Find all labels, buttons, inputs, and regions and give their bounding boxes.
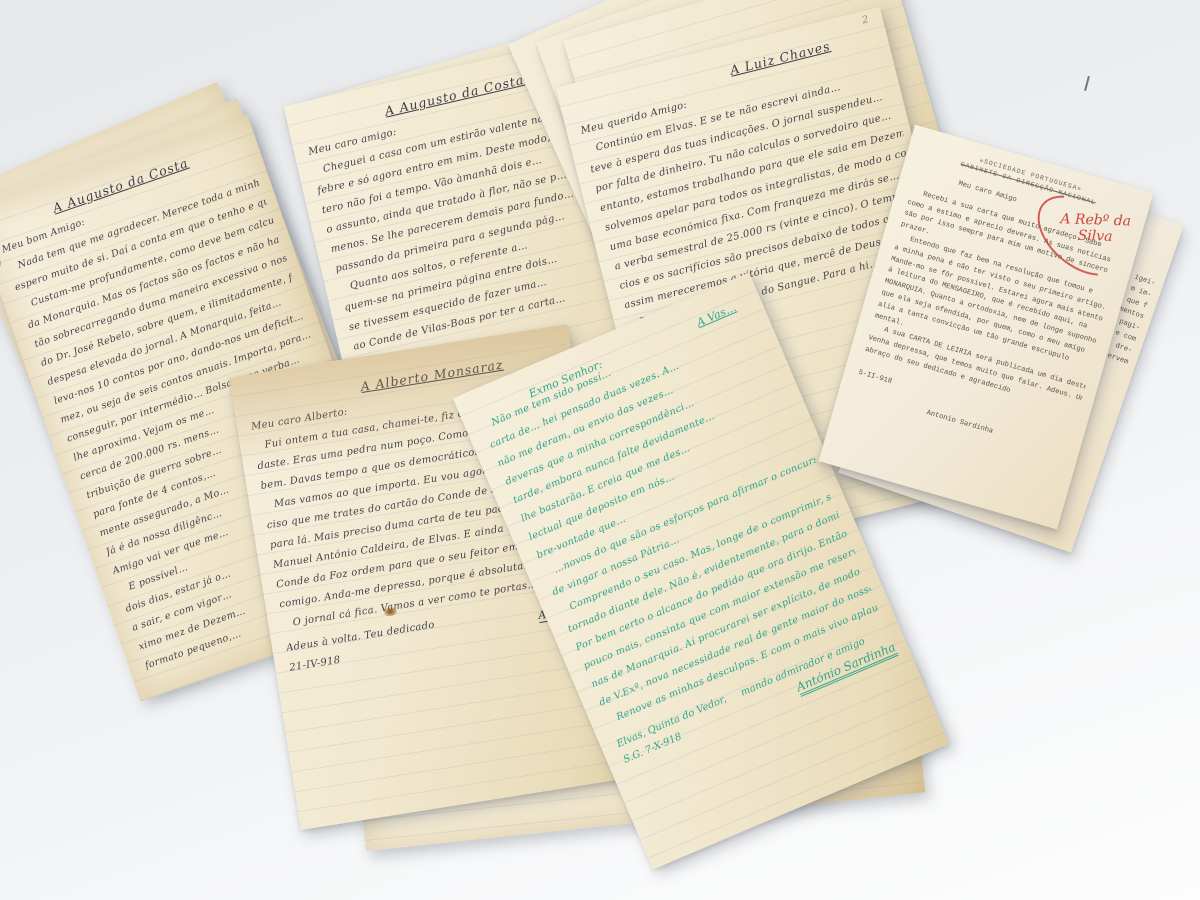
ink-scratch-mark [1084, 76, 1090, 91]
pencil-page-number: 2 [861, 14, 870, 26]
red-annotation: A Rebº da Silva [1053, 211, 1138, 246]
rust-stain [0, 255, 3, 269]
photo-letters-collection: A Augusto da Costa Meu bom Amigo: Nada t… [0, 0, 1200, 900]
